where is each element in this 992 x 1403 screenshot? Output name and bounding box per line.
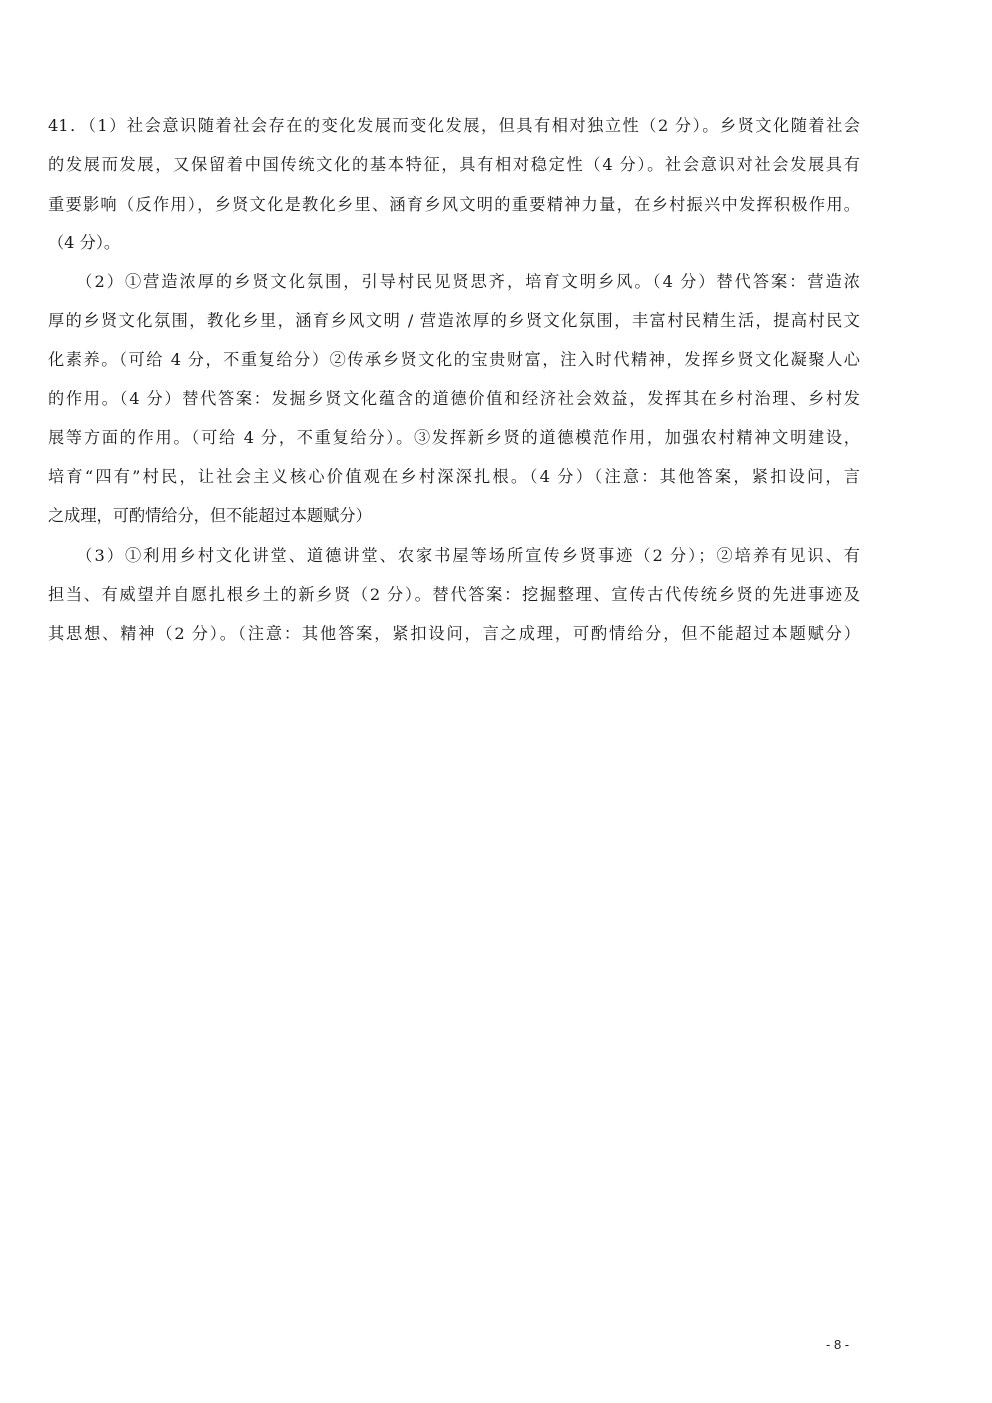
part-1-line-3: 重要影响（反作用），乡贤文化是教化乡里、涵育乡风文明的重要精神力量，在乡村振兴中… [48, 185, 860, 224]
part-2-line-7: 之成理，可酌情给分，但不能超过本题赋分） [48, 496, 860, 535]
part-2-line-4: 的作用。（4 分）替代答案：发掘乡贤文化蕴含的道德价值和经济社会效益，发挥其在乡… [48, 379, 860, 418]
part-1-line-1: 41．（1）社会意识随着社会存在的变化发展而变化发展，但具有相对独立性（2 分）… [48, 106, 860, 145]
page-number: - 8 - [826, 1337, 849, 1352]
part-1-line-4: （4 分）。 [48, 223, 860, 262]
part-2-line-2: 厚的乡贤文化氛围，教化乡里，涵育乡风文明 / 营造浓厚的乡贤文化氛围，丰富村民精… [48, 301, 860, 340]
part-3-line-3: 其思想、精神（2 分）。（注意：其他答案，紧扣设问，言之成理，可酌情给分，但不能… [48, 614, 860, 653]
part-2-line-3: 化素养。（可给 4 分，不重复给分）②传承乡贤文化的宝贵财富，注入时代精神，发挥… [48, 340, 860, 379]
part-2-line-5: 展等方面的作用。（可给 4 分，不重复给分）。③发挥新乡贤的道德模范作用，加强农… [48, 418, 860, 457]
part-2-line-6: 培育“四有”村民，让社会主义核心价值观在乡村深深扎根。（4 分）（注意：其他答案… [48, 457, 860, 496]
document-page: 41．（1）社会意识随着社会存在的变化发展而变化发展，但具有相对独立性（2 分）… [0, 0, 992, 1403]
part-3-line-1: （3）①利用乡村文化讲堂、道德讲堂、农家书屋等场所宣传乡贤事迹（2 分）；②培养… [48, 536, 860, 575]
part-2-line-1: （2）①营造浓厚的乡贤文化氛围，引导村民见贤思齐，培育文明乡风。（4 分）替代答… [48, 262, 860, 301]
part-1-line-2: 的发展而发展，又保留着中国传统文化的基本特征，具有相对稳定性（4 分）。社会意识… [48, 145, 860, 184]
part-3-line-2: 担当、有威望并自愿扎根乡土的新乡贤（2 分）。替代答案：挖掘整理、宣传古代传统乡… [48, 575, 860, 614]
